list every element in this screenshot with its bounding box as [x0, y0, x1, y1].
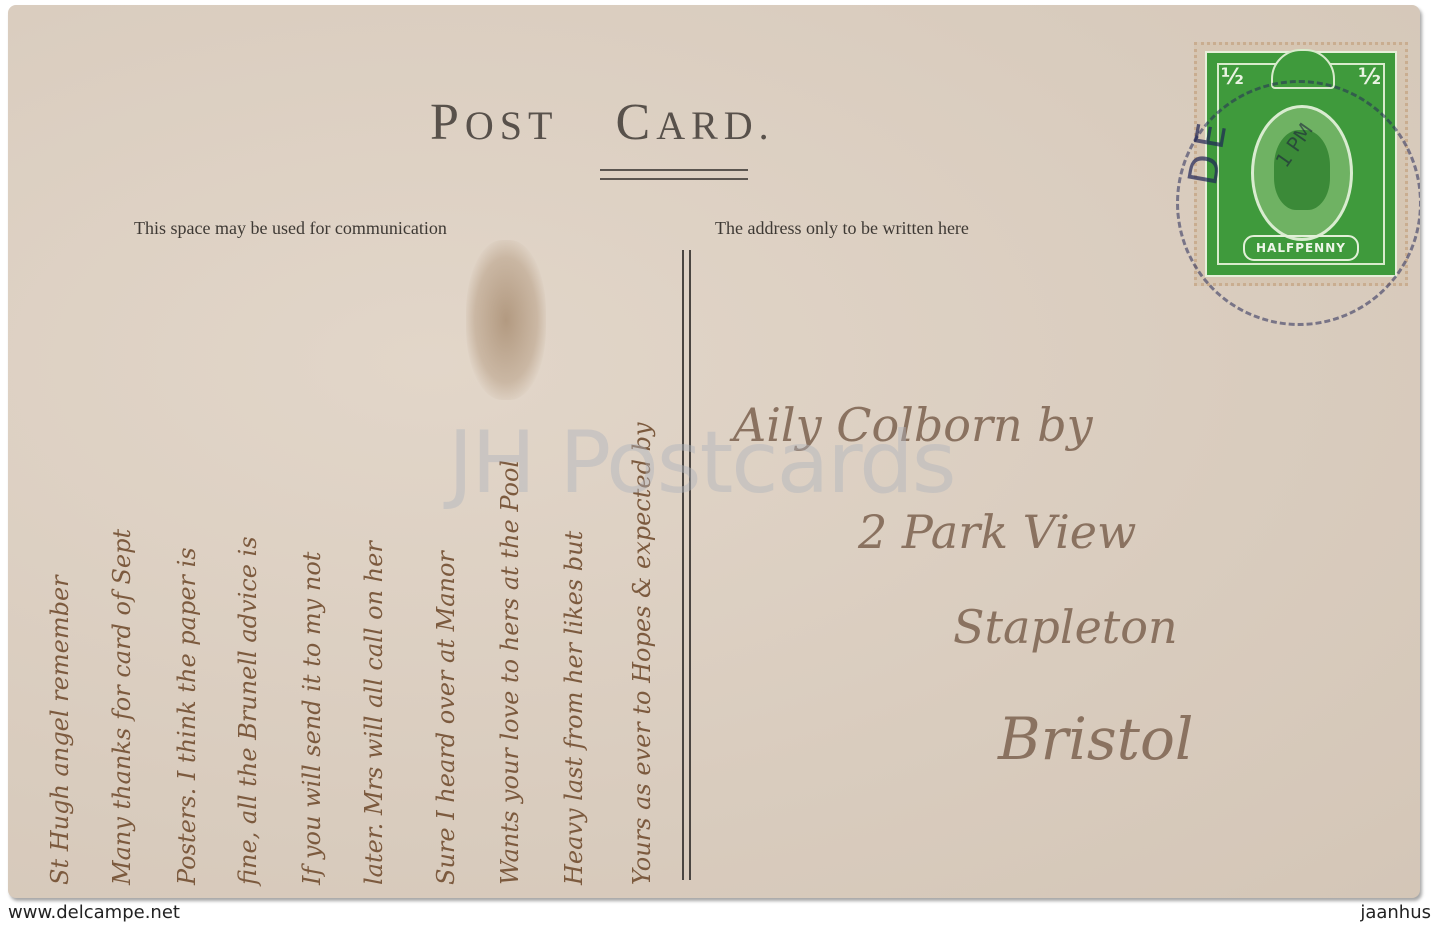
address-line-4: Bristol [998, 705, 1193, 773]
center-divider-line [682, 250, 684, 880]
stamp-value-right: ½ [1358, 65, 1381, 90]
address-line-3: Stapleton [953, 600, 1178, 654]
title-word: ARD. [656, 103, 774, 148]
title-letter: P [430, 94, 465, 151]
message-line: fine, all the Brunell advice is [234, 536, 262, 885]
message-line: later. Mrs will all call on her [360, 541, 388, 885]
title-word: OST [465, 103, 559, 148]
postcard: POST CARD. This space may be used for co… [8, 5, 1420, 898]
communication-caption: This space may be used for communication [134, 218, 447, 239]
message-line: Many thanks for card of Sept [108, 529, 136, 885]
source-site-label: www.delcampe.net [8, 902, 180, 923]
stamp-value-left: ½ [1221, 65, 1244, 90]
message-line: Posters. I think the paper is [173, 547, 201, 885]
message-line: St Hugh angel remember [46, 575, 74, 885]
message-line: Wants your love to hers at the Pool [496, 460, 524, 885]
title-letter: C [616, 94, 657, 151]
message-line: Sure I heard over at Manor [432, 551, 460, 885]
address-line-2: 2 Park View [858, 505, 1136, 559]
seller-label: jaanhus [1360, 902, 1431, 923]
address-caption: The address only to be written here [715, 218, 969, 239]
watermark: JH Postcards [448, 413, 955, 513]
message-line: Heavy last from her likes but [560, 531, 588, 885]
title-underline-bottom [600, 178, 748, 180]
message-line: If you will send it to my not [298, 552, 326, 885]
ink-stain [466, 240, 546, 400]
center-divider-line-2 [689, 250, 691, 880]
post-card-heading: POST CARD. [430, 93, 775, 152]
title-underline-top [600, 169, 748, 171]
